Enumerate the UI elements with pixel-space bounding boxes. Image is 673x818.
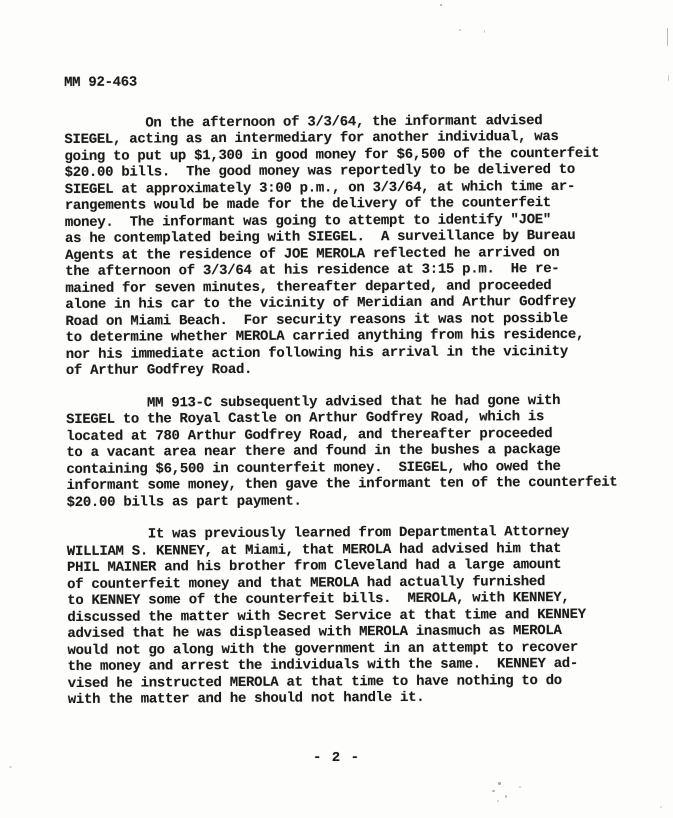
scan-speck: [492, 790, 495, 792]
text-line: $20.00 bills as part payment.: [67, 491, 657, 511]
scan-speck: [519, 786, 521, 788]
text-line: of Arthur Godfrey Road.: [66, 359, 656, 379]
paragraph-3: It was previously learned from Departmen…: [67, 523, 658, 708]
scan-speck: [484, 30, 485, 33]
scan-speck: [459, 29, 461, 31]
document-page: MM 92-463 On the afternoon of 3/3/64, th…: [0, 0, 673, 818]
text-line: with the matter and he should not handle…: [68, 688, 658, 708]
document-body: MM 92-463 On the afternoon of 3/3/64, th…: [64, 71, 658, 724]
scan-speck: [660, 806, 662, 808]
scan-speck: [498, 782, 501, 785]
page-number: - 2 -: [0, 750, 673, 766]
scan-speck: [440, 4, 442, 6]
paragraph-1: On the afternoon of 3/3/64, the informan…: [64, 112, 656, 380]
file-number: MM 92-463: [64, 71, 654, 91]
scan-speck: [497, 800, 499, 802]
scan-edge-artifact: [667, 28, 668, 46]
scan-speck: [505, 795, 507, 798]
paragraph-2: MM 913-C subsequently advised that he ha…: [66, 392, 657, 511]
scan-speck: [9, 766, 12, 768]
scan-edge-artifact: [668, 75, 669, 81]
